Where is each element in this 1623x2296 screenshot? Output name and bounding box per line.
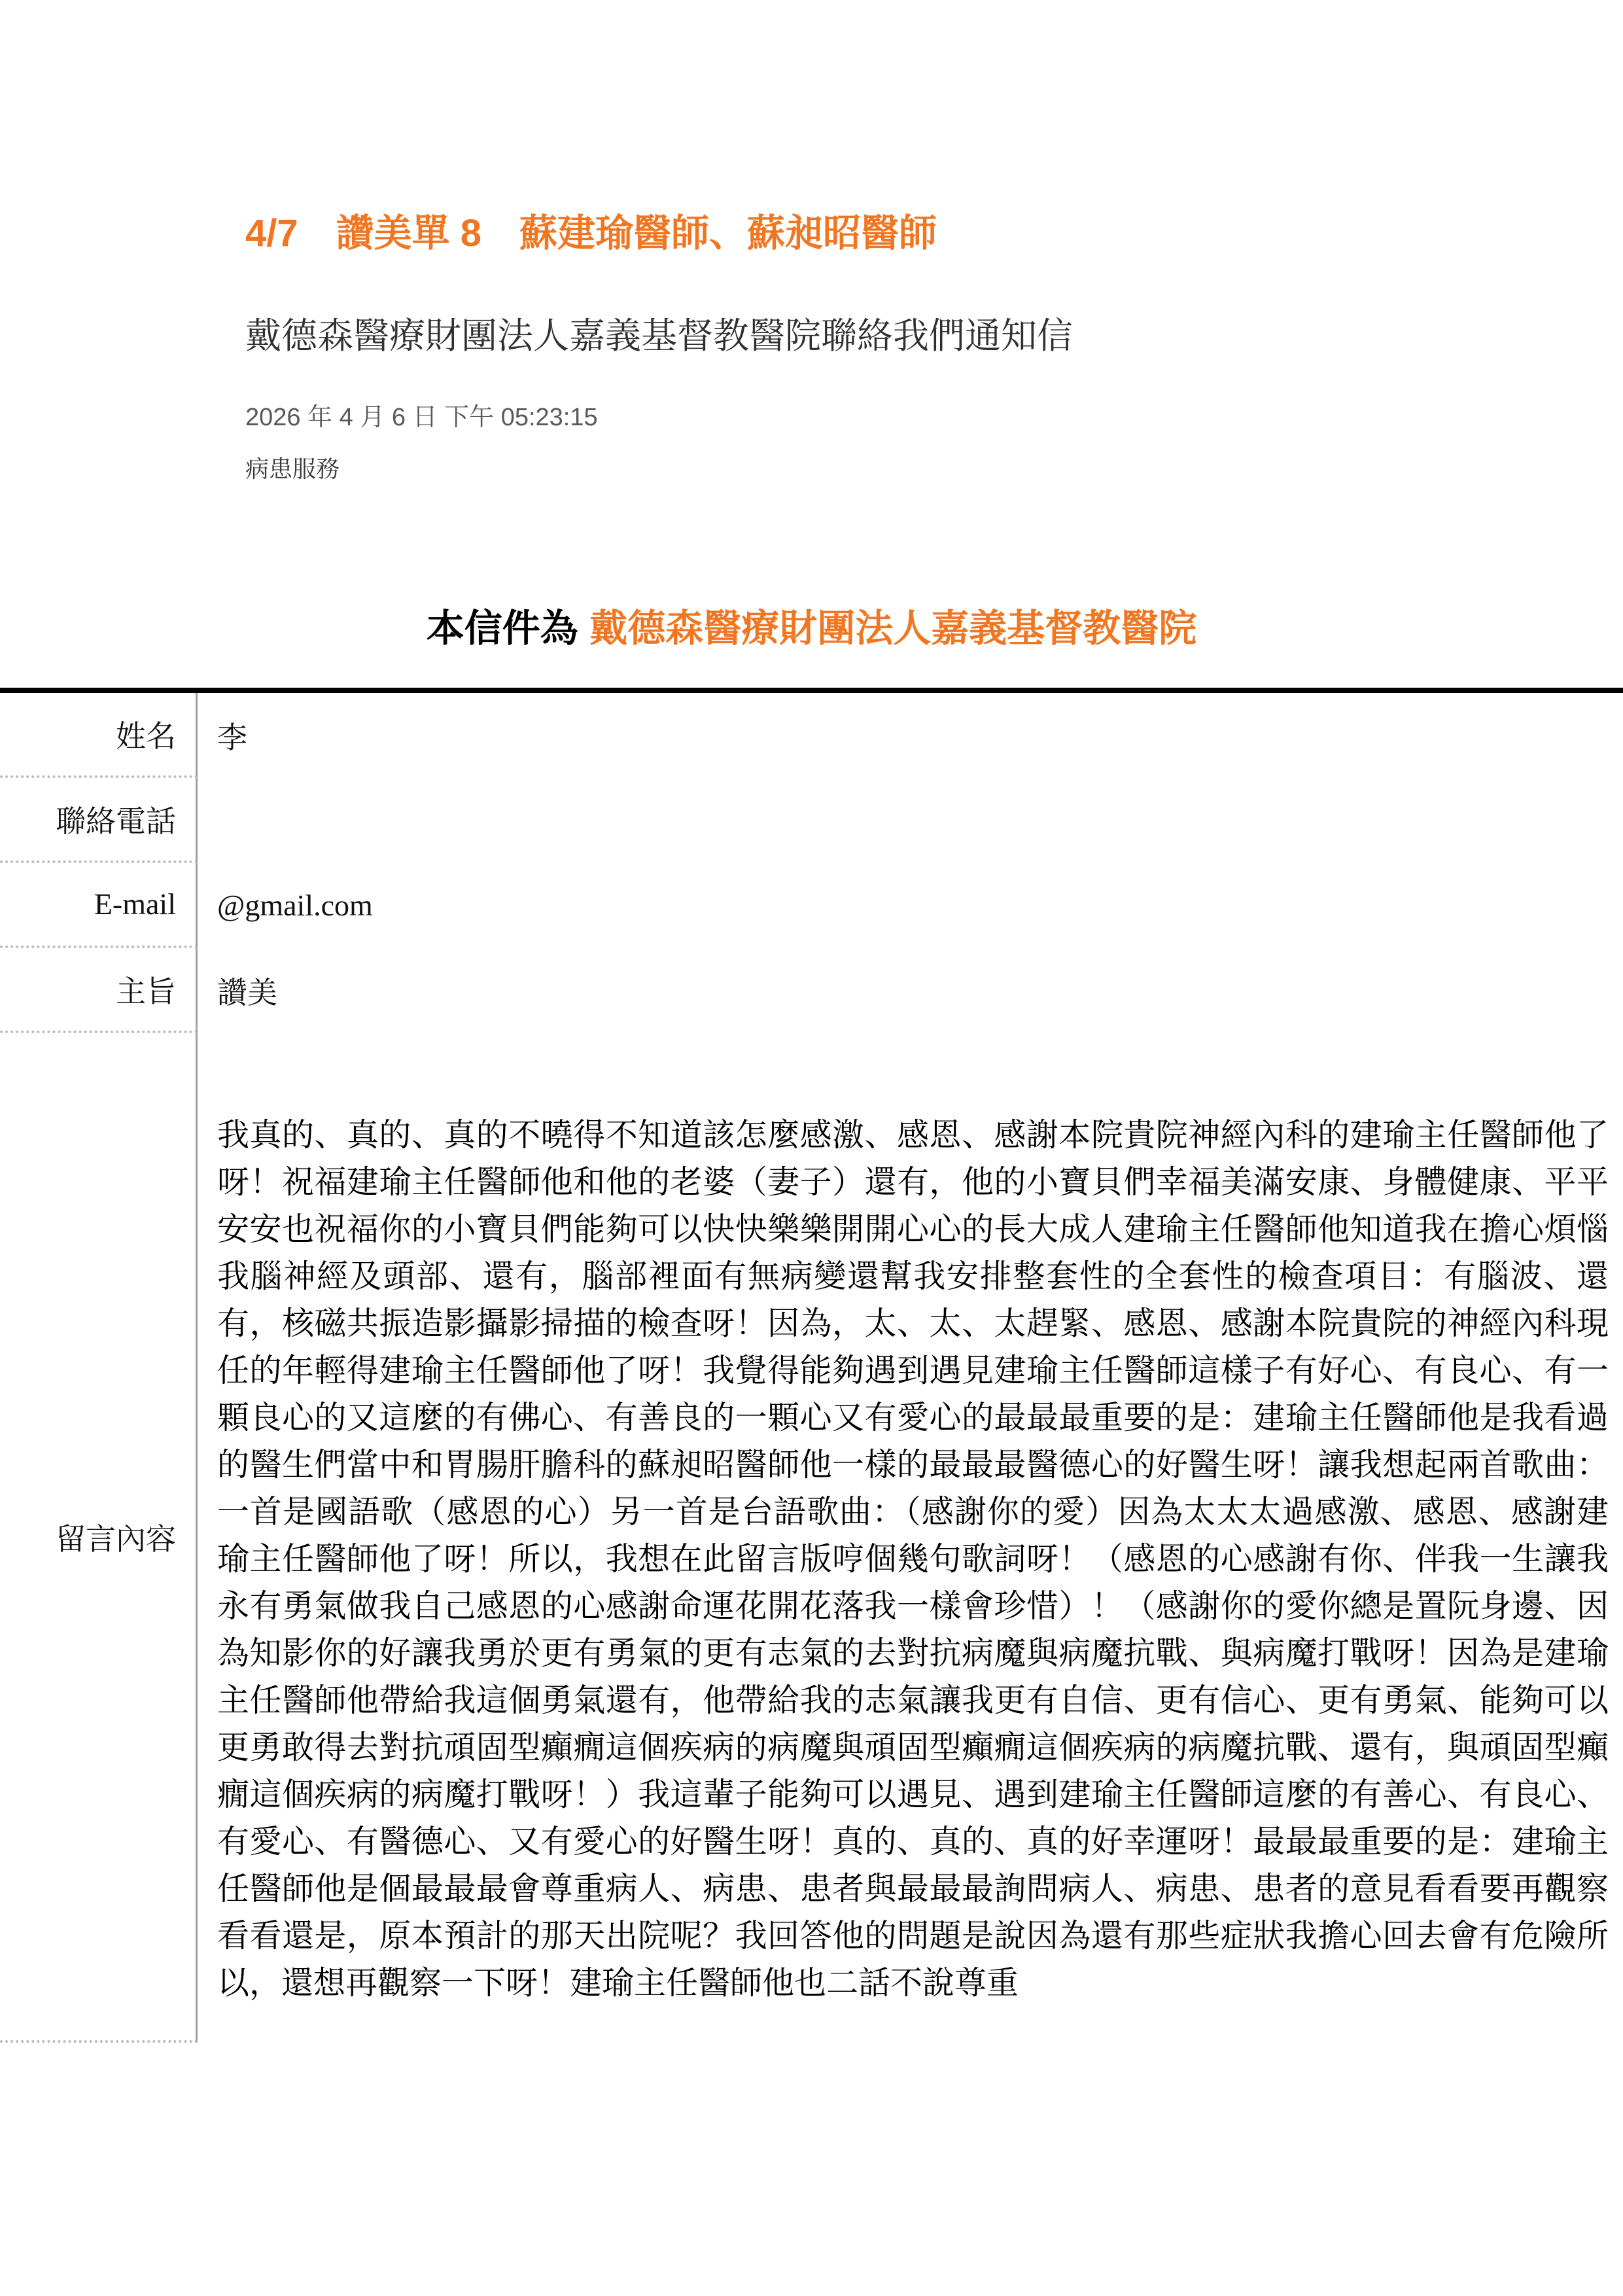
subject-field-value: 讚美	[198, 948, 1623, 1033]
mail-source-banner: 本信件為戴德森醫療財團法人嘉義基督教醫院	[0, 606, 1623, 652]
form-row-phone: 聯絡電話	[0, 778, 1623, 863]
datetime-label: 2026 年 4 月 6 日 下午 05:23:15	[245, 403, 1584, 433]
form-row-message: 留言內容 我真的、真的、真的不曉得不知道該怎麼感激、感恩、感謝本院貴院神經內科的…	[0, 1033, 1623, 2043]
notification-letter-page: 4/7 讚美單 8 蘇建瑜醫師、蘇昶昭醫師 戴德森醫療財團法人嘉義基督教醫院聯絡…	[0, 0, 1623, 2296]
header-block: 4/7 讚美單 8 蘇建瑜醫師、蘇昶昭醫師 戴德森醫療財團法人嘉義基督教醫院聯絡…	[245, 213, 1584, 483]
hospital-name: 戴德森醫療財團法人嘉義基督教醫院	[589, 607, 1196, 650]
service-category-label: 病患服務	[245, 455, 1584, 483]
email-field-label: E-mail	[0, 863, 198, 948]
form-row-name: 姓名 李	[0, 693, 1623, 778]
subject-field-label: 主旨	[0, 948, 198, 1033]
table-top-divider	[0, 688, 1623, 693]
phone-field-value	[198, 778, 1623, 863]
name-field-label: 姓名	[0, 693, 198, 778]
email-field-value: @gmail.com	[198, 863, 1623, 948]
message-field-label: 留言內容	[0, 1033, 198, 2043]
praise-slip-heading: 4/7 讚美單 8 蘇建瑜醫師、蘇昶昭醫師	[245, 213, 1584, 255]
name-field-value: 李	[198, 693, 1623, 778]
contact-form-table: 姓名 李 聯絡電話 E-mail @gmail.com 主旨 讚美 留言內容 我…	[0, 693, 1623, 2043]
page-title: 戴德森醫療財團法人嘉義基督教醫院聯絡我們通知信	[245, 313, 1584, 359]
phone-field-label: 聯絡電話	[0, 778, 198, 863]
message-field-value: 我真的、真的、真的不曉得不知道該怎麼感激、感恩、感謝本院貴院神經內科的建瑜主任醫…	[198, 1033, 1623, 2043]
form-row-email: E-mail @gmail.com	[0, 863, 1623, 948]
banner-prefix: 本信件為	[427, 607, 578, 650]
form-row-subject: 主旨 讚美	[0, 948, 1623, 1033]
